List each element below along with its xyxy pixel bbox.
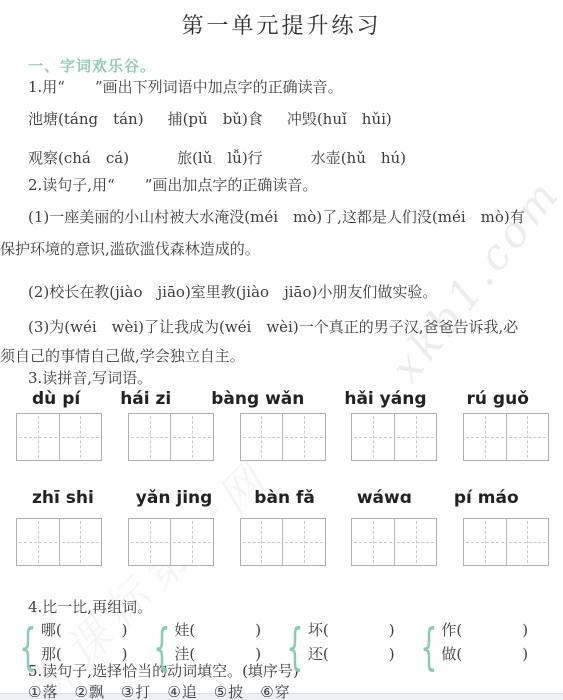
- writing-grid[interactable]: [463, 518, 549, 566]
- writing-grid[interactable]: [16, 518, 102, 566]
- pinyin-row-1: dù pí hái zi bàng wǎn hǎi yáng rú guǒ: [0, 389, 563, 410]
- writing-cell[interactable]: [352, 414, 395, 460]
- writing-grid[interactable]: [240, 413, 326, 461]
- writing-cell[interactable]: [464, 414, 507, 460]
- word-item: 冲毁(huǐ hǔi): [287, 109, 392, 130]
- word-item: 观察(chá cá): [28, 148, 129, 169]
- writing-grid[interactable]: [128, 413, 214, 461]
- word-pair: { 作( ) 做( ): [413, 618, 529, 666]
- pair-bottom-word: 还( ): [308, 642, 395, 666]
- question-4-prompt: 4.比一比,再组词。: [0, 597, 563, 618]
- brace-icon: {: [153, 623, 170, 671]
- pinyin-word: hǎi yáng: [344, 389, 426, 410]
- writing-cell[interactable]: [241, 519, 284, 565]
- writing-cell[interactable]: [507, 519, 549, 565]
- question-1-word-row-2: 观察(chá cá) 旅(lǔ lǚ)行 水壶(hǔ hú): [0, 148, 563, 169]
- question-1-word-row-1: 池塘(táng tán) 捕(pǔ bǔ)食 冲毁(huǐ hǔi): [0, 109, 563, 130]
- writing-cell[interactable]: [507, 414, 549, 460]
- brace-icon: {: [286, 623, 303, 671]
- question-3-prompt: 3.读拼音,写词语。: [0, 368, 563, 389]
- writing-grid[interactable]: [16, 413, 102, 461]
- writing-cell[interactable]: [129, 414, 172, 460]
- writing-cell[interactable]: [60, 519, 102, 565]
- writing-cell[interactable]: [283, 519, 325, 565]
- writing-cell[interactable]: [464, 519, 507, 565]
- pinyin-word: hái zi: [120, 389, 171, 410]
- pinyin-row-2: zhī shi yǎn jing bàn fǎ wáwɑ pí máo: [0, 488, 563, 509]
- pinyin-word: wáwɑ: [357, 488, 412, 509]
- writing-grid-row-2: [0, 518, 563, 566]
- pinyin-word: bàn fǎ: [254, 488, 315, 509]
- writing-cell[interactable]: [17, 414, 60, 460]
- section-heading: 一、字词欢乐谷。: [0, 56, 563, 77]
- sentence-1-line-1: (1)一座美丽的小山村被大水淹没(méi mò)了,这都是人们没(méi mò)…: [0, 207, 563, 228]
- writing-cell[interactable]: [171, 519, 213, 565]
- pinyin-word: yǎn jing: [136, 488, 213, 509]
- pair-top-word: 哪( ): [41, 618, 128, 642]
- writing-grid[interactable]: [351, 518, 437, 566]
- question-5-options: ①落 ②飘 ③打 ④追 ⑤披 ⑥穿: [0, 683, 563, 700]
- word-item: 旅(lǔ lǚ)行: [177, 148, 263, 169]
- writing-cell[interactable]: [60, 414, 102, 460]
- brace-icon: {: [420, 623, 437, 671]
- word-pair: { 哪( ) 那( ): [12, 618, 128, 666]
- word-item: 水壶(hǔ hú): [311, 148, 406, 169]
- pair-top-word: 作( ): [441, 618, 528, 642]
- writing-cell[interactable]: [395, 519, 437, 565]
- pinyin-word: dù pí: [32, 389, 80, 410]
- word-item: 池塘(táng tán): [28, 109, 144, 130]
- writing-cell[interactable]: [395, 414, 437, 460]
- pair-bottom-word: 做( ): [441, 642, 528, 666]
- writing-cell[interactable]: [171, 414, 213, 460]
- word-pair: { 坏( ) 还( ): [279, 618, 395, 666]
- pair-top-word: 娃( ): [174, 618, 261, 642]
- pinyin-word: bàng wǎn: [211, 389, 304, 410]
- question-2-prompt: 2.读句子,用“ ”画出加点字的正确读音。: [0, 175, 563, 196]
- writing-cell[interactable]: [283, 414, 325, 460]
- compare-words-row: { 哪( ) 那( ) { 娃( ) 洼( ) { 坏( ) 还(: [0, 618, 563, 666]
- sentence-1-line-2: 保护环境的意识,滥砍滥伐森林造成的。: [0, 239, 563, 260]
- writing-cell[interactable]: [17, 519, 60, 565]
- brace-icon: {: [19, 623, 36, 671]
- sentence-3-line-1: (3)为(wéi wèi)了让我成为(wéi wèi)一个真正的男子汉,爸爸告诉…: [0, 317, 563, 338]
- writing-grid[interactable]: [463, 413, 549, 461]
- sentence-3-line-2: 须自己的事情自己做,学会独立自主。: [0, 346, 563, 367]
- writing-grid[interactable]: [351, 413, 437, 461]
- pinyin-word: pí máo: [454, 488, 519, 509]
- pinyin-word: zhī shi: [32, 488, 94, 509]
- pair-top-word: 坏( ): [308, 618, 395, 642]
- writing-cell[interactable]: [241, 414, 284, 460]
- word-pair: { 娃( ) 洼( ): [146, 618, 262, 666]
- pinyin-word: rú guǒ: [467, 389, 529, 410]
- sentence-2-line-1: (2)校长在教(jiào jiāo)室里教(jiào jiāo)小朋友们做实验。: [0, 282, 563, 303]
- writing-cell[interactable]: [129, 519, 172, 565]
- writing-grid[interactable]: [128, 518, 214, 566]
- writing-cell[interactable]: [352, 519, 395, 565]
- word-item: 捕(pǔ bǔ)食: [168, 109, 263, 130]
- writing-grid-row-1: [0, 413, 563, 461]
- page-title: 第一单元提升练习: [0, 0, 563, 41]
- question-1-prompt: 1.用“ ”画出下列词语中加点字的正确读音。: [0, 77, 563, 98]
- worksheet-page: xkb1.com 新课标第一网 第一单元提升练习 一、字词欢乐谷。 1.用“ ”…: [0, 0, 563, 700]
- writing-grid[interactable]: [240, 518, 326, 566]
